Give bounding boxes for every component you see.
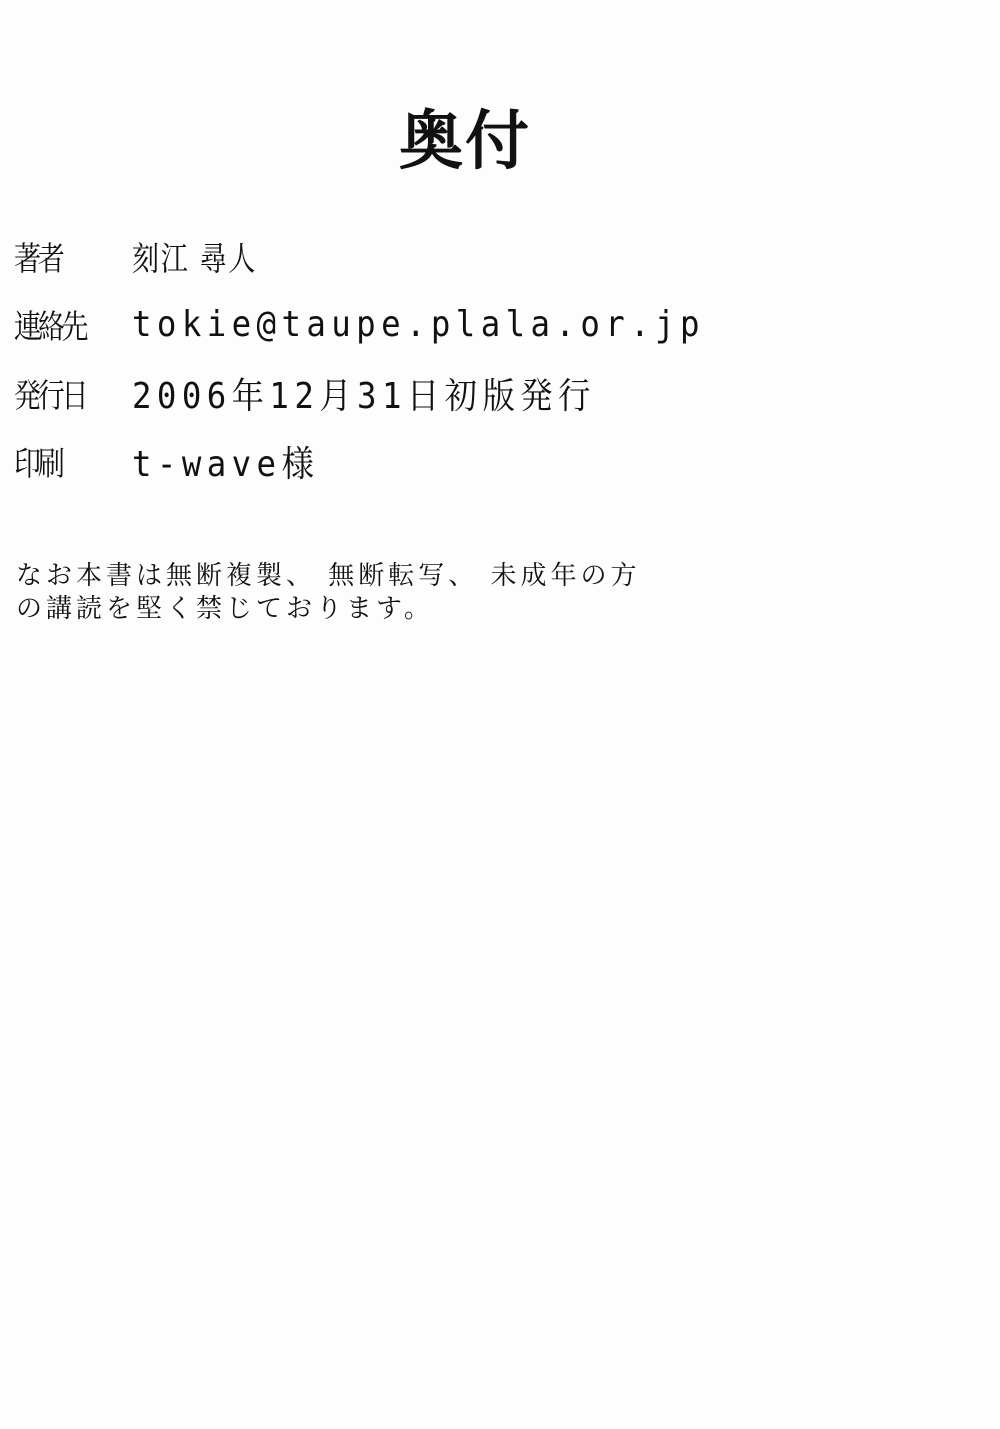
contact-label: 連絡先: [14, 301, 111, 348]
copyright-notice: なお本書は無断複製、 無断転写、 未成年の方 の講読を堅く禁じております。: [16, 560, 936, 626]
issue-date-label: 発行日: [14, 370, 111, 417]
printer-label: 印刷: [14, 438, 111, 485]
author-value: 刻江 尋人: [132, 233, 257, 280]
contact-row: 連絡先 tokie@taupe.plala.or.jp: [14, 299, 769, 349]
author-row: 著者 刻江 尋人: [14, 231, 285, 281]
printer-value: t-wave様: [132, 436, 319, 487]
notice-line-1: なお本書は無断複製、 無断転写、 未成年の方: [16, 560, 936, 593]
contact-email: tokie@taupe.plala.or.jp: [132, 304, 705, 345]
issue-date-value: 2006年12月31日初版発行: [132, 368, 596, 419]
notice-line-2: の講読を堅く禁じております。: [16, 593, 936, 626]
author-label: 著者: [14, 233, 111, 280]
issue-date-row: 発行日 2006年12月31日初版発行: [14, 368, 647, 418]
printer-row: 印刷 t-wave様: [14, 436, 340, 486]
page-title: 奥付: [0, 104, 930, 180]
